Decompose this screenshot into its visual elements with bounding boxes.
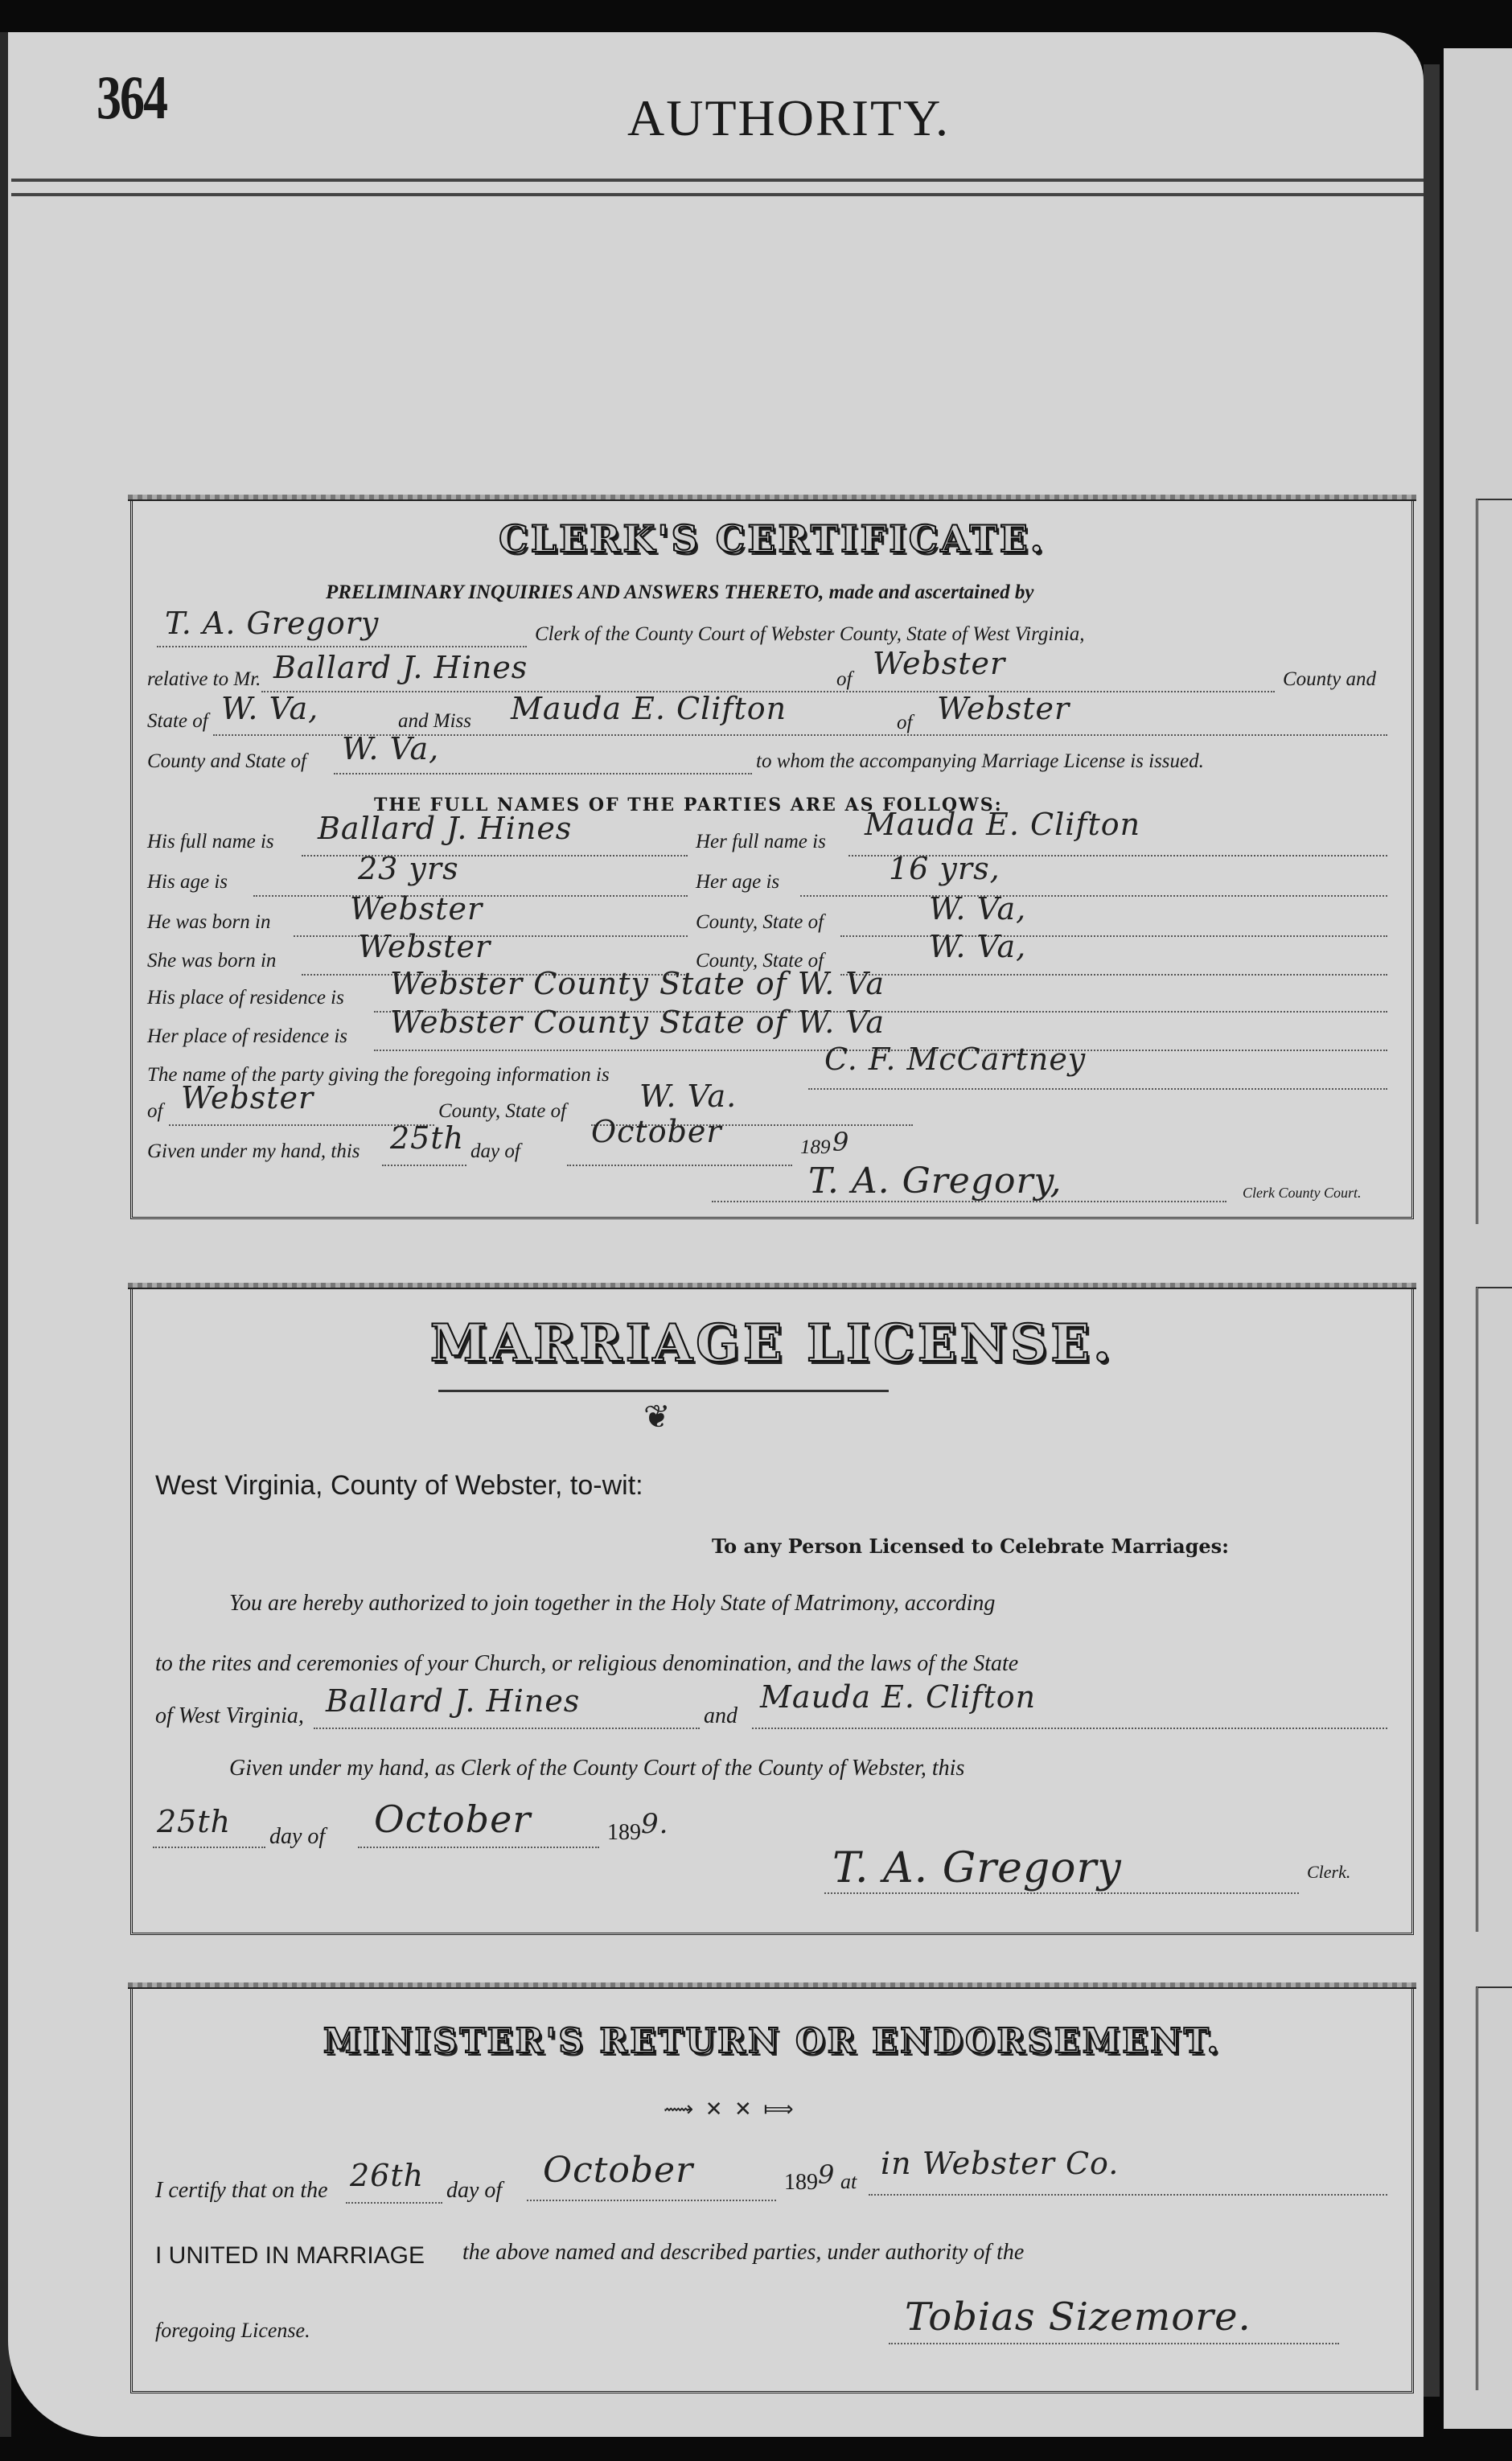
book-gutter [1424,64,1440,2397]
license-clerk-label: Clerk. [1307,1862,1350,1883]
his-residence-value: Webster County State of W. Va [390,966,885,1001]
he-born-value: Webster [350,891,483,926]
header-rule [11,193,1424,196]
ceremony-place: in Webster Co. [881,2146,1119,2181]
groom-county-handwritten: Webster [873,646,1005,681]
clerk-of-court-text: Clerk of the County Court of Webster Cou… [535,623,1085,646]
ceremony-at-label: at [840,2170,857,2194]
license-groom-name: Ballard J. Hines [326,1683,580,1719]
license-year-prefix: 189 [607,1820,641,1846]
groom-name-handwritten: Ballard J. Hines [273,650,528,685]
his-age-label: His age is [147,871,228,894]
she-born-value: Webster [358,929,491,964]
facing-page-box-1 [1476,499,1512,1224]
his-residence-label: His place of residence is [147,987,344,1009]
her-full-name-value: Mauda E. Clifton [865,807,1140,842]
her-residence-label: Her place of residence is [147,1025,347,1048]
clerk-signature-line [712,1201,1226,1202]
her-age-value: 16 yrs, [889,851,1000,886]
given-year-prefix: 189 [800,1136,831,1159]
license-body-line1: You are hereby authorized to join togeth… [229,1591,995,1617]
his-full-name-label: His full name is [147,831,274,853]
ceremony-month: October [543,2150,693,2191]
groom-state-handwritten: W. Va, [221,691,318,726]
license-body-line3-prefix: of West Virginia, [155,1703,304,1729]
he-born-label: He was born in [147,911,270,934]
given-day-value: 25th [390,1120,464,1156]
foregoing-license-text: foregoing License. [155,2319,310,2343]
given-month-value: October [591,1114,722,1149]
license-day: 25th [157,1804,231,1839]
she-born-label: She was born in [147,950,276,972]
ceremony-year-prefix: 189 [784,2170,818,2196]
his-full-name-value: Ballard J. Hines [318,811,572,846]
her-age-label: Her age is [696,871,779,894]
venue-text: West Virginia, County of Webster, to-wit… [155,1470,643,1502]
ministers-return-title: MINISTER'S RETURN OR ENDORSEMENT. [133,2021,1411,2060]
page-number: 364 [97,63,166,134]
he-state-line [840,935,1387,937]
she-state-value: W. Va, [929,929,1026,964]
certify-label: I certify that on the [155,2178,328,2204]
minister-signature-line [889,2343,1339,2344]
ceremony-day-of-label: day of [446,2178,502,2204]
marriage-license-title: MARRIAGE LICENSE. [133,1313,1411,1374]
header-rule [11,179,1424,182]
her-age-line [800,895,1387,897]
facing-page-box-3 [1476,1986,1512,2390]
informant-state-value: W. Va. [639,1078,737,1114]
license-day-of-label: day of [269,1824,325,1850]
relative-to-label: relative to Mr. [147,668,261,691]
informant-county-value: Webster [181,1080,314,1115]
license-groom-line [314,1728,700,1729]
clerk-county-court-label: Clerk County Court. [1243,1185,1362,1202]
he-state-value: W. Va, [929,891,1026,926]
facing-page-box-2 [1476,1287,1512,1932]
county-and-state-label: County and State of [147,750,306,773]
given-label: Given under my hand, this [147,1140,360,1163]
clerks-certificate-section: CLERK'S CERTIFICATE. PRELIMINARY INQUIRI… [130,499,1414,1219]
license-month-line [358,1847,599,1848]
license-and-label: and [704,1703,738,1729]
license-body-line2: to the rites and ceremonies of your Chur… [155,1651,1018,1677]
bride-name-handwritten: Mauda E. Clifton [511,691,787,726]
license-year-suffix: 9. [641,1808,668,1840]
marriage-license-section: MARRIAGE LICENSE. ❦ West Virginia, Count… [130,1287,1414,1935]
her-full-name-label: Her full name is [696,831,826,853]
he-state-label: County, State of [696,911,824,934]
floral-ornament-icon: ❦ [643,1398,671,1436]
bride-state-line [334,773,752,774]
bride-of-label: of [897,712,912,734]
ceremony-year-suffix: 9 [818,2159,835,2190]
given-month-line [567,1165,792,1166]
bride-county-handwritten: Webster [937,691,1070,726]
informant-line [808,1088,1387,1090]
informant-value: C. F. McCartney [824,1042,1086,1077]
license-signature-line [824,1892,1299,1894]
given-day-line [382,1165,466,1166]
day-of-label: day of [470,1140,520,1163]
ceremony-day: 26th [350,2158,424,2193]
clerk-signature: T. A. Gregory, [808,1161,1062,1202]
license-bride-name: Mauda E. Clifton [760,1679,1036,1715]
clerk-name-line [157,646,527,647]
informant-of-label: of [147,1100,162,1123]
ceremony-month-line [527,2200,776,2201]
bride-state-handwritten: W. Va, [342,731,439,766]
clerk-name-handwritten: T. A. Gregory [165,606,379,641]
of-label: of [836,668,852,691]
united-in-marriage-caps: I UNITED IN MARRIAGE [155,2242,425,2270]
ceremony-place-line [869,2194,1387,2196]
state-of-label: State of [147,710,208,733]
license-issued-text: to whom the accompanying Marriage Licens… [756,750,1204,773]
county-and-label: County and [1283,668,1376,691]
title-underline [438,1390,889,1392]
she-state-line [840,974,1387,976]
license-clerk-signature: T. A. Gregory [832,1844,1122,1892]
running-head: AUTHORITY. [627,88,950,148]
informant-state-label: County, State of [438,1100,566,1123]
his-age-value: 23 yrs [358,851,459,886]
clerks-certificate-title: CLERK'S CERTIFICATE. [133,517,1411,561]
ministers-return-section: MINISTER'S RETURN OR ENDORSEMENT. ⟿ ✕ ✕ … [130,1986,1414,2393]
and-miss-label: and Miss [398,710,471,733]
divider-ornament-icon: ⟿ ✕ ✕ ⟾ [664,2097,797,2122]
license-month: October [374,1797,531,1841]
her-residence-value: Webster County State of W. Va [390,1005,885,1040]
license-given-line: Given under my hand, as Clerk of the Cou… [229,1756,964,1781]
license-bride-line [752,1728,1387,1729]
address-text: To any Person Licensed to Celebrate Marr… [712,1535,1229,1558]
ceremony-day-line [346,2202,442,2204]
given-year-suffix: 9 [832,1127,849,1157]
preliminary-inquiries-text: PRELIMINARY INQUIRIES AND ANSWERS THERET… [326,581,1033,604]
minister-signature: Tobias Sizemore. [905,2295,1251,2340]
license-day-line [153,1847,265,1848]
united-rest-text: the above named and described parties, u… [462,2240,1024,2266]
